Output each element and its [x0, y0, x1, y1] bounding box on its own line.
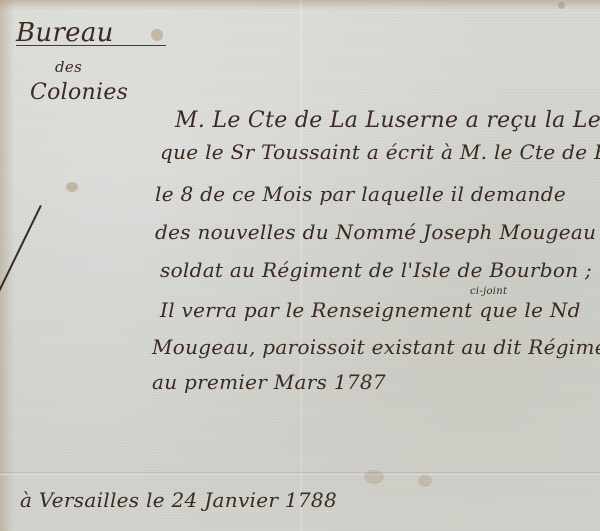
- manuscript-page: Bureau des Colonies M. Le Cte de La Luse…: [0, 0, 600, 531]
- body-line-6: Il verra par le Renseignement que le Nd: [160, 298, 581, 322]
- body-line-7: Mougeau, paroissoit existant au dit Régi…: [152, 335, 600, 359]
- body-line-8: au premier Mars 1787: [152, 370, 386, 394]
- body-line-5: soldat au Régiment de l'Isle de Bourbon …: [160, 258, 592, 282]
- body-line-2: que le Sr Toussaint a écrit à M. le Cte …: [160, 140, 600, 164]
- ink-stain: [558, 2, 565, 9]
- ink-stain: [418, 475, 432, 487]
- header-bureau: Bureau: [16, 18, 114, 48]
- body-line-4: des nouvelles du Nommé Joseph Mougeau: [155, 220, 596, 244]
- paper-fold-horizontal: [0, 472, 600, 475]
- interlinear-insertion: ci-joint: [470, 286, 507, 297]
- header-des: des: [55, 58, 82, 76]
- ink-stain: [151, 29, 163, 41]
- body-line-1: M. Le Cte de La Luserne a reçu la Lettre: [175, 108, 600, 133]
- dateline: à Versailles le 24 Janvier 1788: [20, 488, 337, 512]
- ink-stain: [66, 182, 78, 192]
- ink-stain: [364, 470, 384, 484]
- header-colonies: Colonies: [30, 80, 128, 105]
- body-line-3: le 8 de ce Mois par laquelle il demande: [155, 182, 566, 206]
- header-underline: [16, 45, 166, 46]
